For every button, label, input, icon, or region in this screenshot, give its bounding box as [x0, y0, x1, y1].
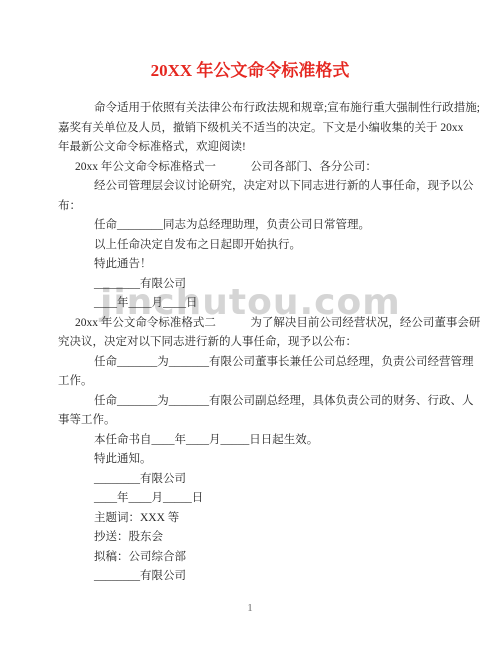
- body-line: 特此通知。: [58, 450, 440, 470]
- document-body: 命令适用于依照有关法律公布行政法规和规章;宣布施行重大强制性行政措施; 嘉奖有关…: [0, 99, 500, 587]
- body-line: 任命_______为_______有限公司董事长兼任公司总经理，负责公司经营管理: [58, 353, 440, 373]
- section-heading-line: 20xx 年公文命令标准格式一 公司各部门、各分公司：: [58, 158, 440, 178]
- body-line: 工作。: [58, 372, 440, 392]
- body-line: 特此通告！: [58, 255, 440, 275]
- body-line: 布：: [58, 197, 440, 217]
- body-line: 年最新公文命令标准格式，欢迎阅读!: [58, 138, 440, 158]
- body-line: 本任命书自____年____月_____日日起生效。: [58, 431, 440, 451]
- body-line: 任命_______为_______有限公司副总经理，具体负责公司的财务、行政、人: [58, 392, 440, 412]
- body-line: 经公司管理层会议讨论研究，决定对以下同志进行新的人事任命，现予以公: [58, 177, 440, 197]
- body-line: 嘉奖有关单位及人员，撤销下级机关不适当的决定。下文是小编收集的关于 20xx: [58, 119, 440, 139]
- page-number: 1: [0, 602, 500, 614]
- section-heading-line: 20xx 年公文命令标准格式二 为了解决目前公司经营状况，经公司董事会研: [58, 314, 440, 334]
- body-line: 命令适用于依照有关法律公布行政法规和规章;宣布施行重大强制性行政措施;: [58, 99, 440, 119]
- signature-line: ________有限公司: [58, 275, 440, 295]
- body-line: 究决议，决定对以下同志进行新的人事任命，现予以公布：: [58, 333, 440, 353]
- subject-words-line: 主题词：XXX 等: [58, 509, 440, 529]
- copy-to-line: 抄送：股东会: [58, 528, 440, 548]
- date-line: ____年____月_____日: [58, 489, 440, 509]
- signature-line: ________有限公司: [58, 470, 440, 490]
- document-page: jinchutou.com 20XX 年公文命令标准格式 命令适用于依照有关法律…: [0, 0, 500, 648]
- drafted-by-line: 拟稿：公司综合部: [58, 548, 440, 568]
- date-line: ____年____月____日: [58, 294, 440, 314]
- body-line: 任命________同志为总经理助理，负责公司日常管理。: [58, 216, 440, 236]
- body-line: 以上任命决定自发布之日起即开始执行。: [58, 236, 440, 256]
- document-title: 20XX 年公文命令标准格式: [0, 0, 500, 84]
- signature-line: ________有限公司: [58, 567, 440, 587]
- body-line: 事等工作。: [58, 411, 440, 431]
